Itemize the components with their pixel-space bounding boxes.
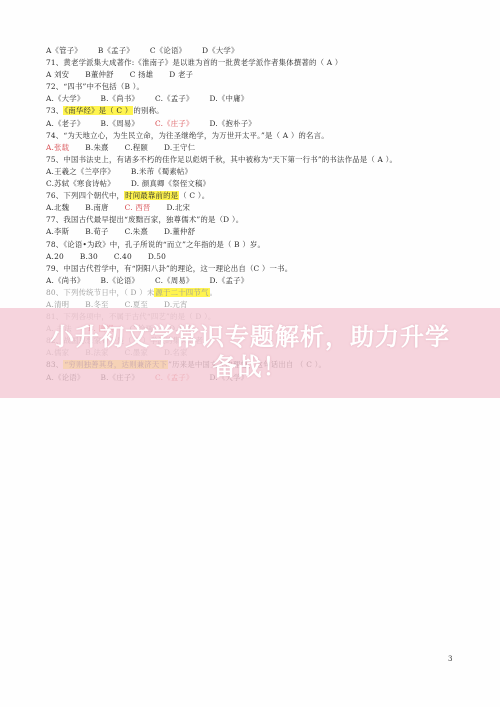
answer-option: A.《老子》 [46, 118, 84, 130]
highlighted-text: 时间最靠前的是 [124, 191, 179, 200]
answer-option: C.《周易》 [155, 275, 194, 287]
answer-option: C《论语》 [150, 45, 186, 57]
answer-options: A.20B.30C.40D.50 [46, 251, 466, 263]
answer-options: A.《老子》B.《周易》C.《庄子》D.《抱朴子》 [46, 118, 466, 130]
question-text: 71、黄老学派集大成著作:《淮南子》是以谁为首的一批黄老学派作者集体撰著的（ A… [46, 57, 466, 69]
question-text: 78、《论语•为政》中，孔子所说的“而立”之年指的是（ B ）岁。 [46, 239, 466, 251]
banner-title-line2: 备战！ [0, 352, 500, 382]
answer-option: C.40 [114, 251, 132, 263]
question-text: 75、中国书法史上，有诸多不朽的佳作足以彪炳千秋，其中被称为“天下第一行书”的书… [46, 154, 466, 166]
answer-option: D.《孟子》 [210, 275, 249, 287]
answer-options: A.李斯B.荀子C.朱熹D.董仲舒 [46, 226, 466, 238]
answer-option: D《大学》 [202, 45, 239, 57]
answer-option: B.《周易》 [100, 118, 139, 130]
answer-option: C. 西晋 [125, 202, 151, 214]
question-prefix: 80、下列传统节日中，（ D ）未 [46, 288, 154, 297]
answer-options: A《管子》B《孟子》C《论语》D《大学》 [46, 45, 466, 57]
question-text: 80、下列传统节日中，（ D ）未源于二十四节气。 [46, 287, 466, 299]
answer-option: D.《中庸》 [210, 93, 249, 105]
answer-option: C.朱熹 [125, 226, 148, 238]
question-suffix: 。 [210, 288, 218, 297]
page-number: 3 [448, 655, 452, 663]
answer-option: C.《孟子》 [155, 93, 194, 105]
answer-option: D.北宋 [167, 202, 191, 214]
question-text: 73、《南华经》是（ C ）的别称。 [46, 105, 466, 117]
highlighted-text: 《南华经》是（ C ） [63, 106, 133, 115]
answer-options: A.张载B.朱熹C.程颐D.王守仁 [46, 142, 466, 154]
answer-option: B.《尚书》 [100, 93, 139, 105]
answer-option: A.张载 [46, 142, 69, 154]
answer-option: B.米芾《蜀素帖》 [131, 166, 192, 178]
question-text: 76、下列四个朝代中，时间最靠前的是（ C ）。 [46, 190, 466, 202]
question-prefix: 73、 [46, 106, 63, 115]
question-suffix: 的别称。 [133, 106, 163, 115]
answer-option: A《管子》 [46, 45, 82, 57]
banner-title: 小升初文学常识专题解析，助力升学 备战！ [0, 322, 500, 382]
answer-option: A.《尚书》 [46, 275, 84, 287]
question-text: 77、我国古代最早提出“废黜百家，独尊儒术”的是（D ）。 [46, 214, 466, 226]
answer-option: B《孟子》 [98, 45, 134, 57]
answer-options: A.《大学》B.《尚书》C.《孟子》D.《中庸》 [46, 93, 466, 105]
answer-option: D.《抱朴子》 [210, 118, 256, 130]
question-text: 72、“四书”中不包括（B ）。 [46, 81, 466, 93]
answer-options: A.王羲之《兰亭序》B.米芾《蜀素帖》 [46, 166, 466, 178]
answer-option: A.《大学》 [46, 93, 84, 105]
answer-option: B.荀子 [85, 226, 108, 238]
answer-options: A.北魏B.南唐C. 西晋D.北宋 [46, 202, 466, 214]
answer-option: A.北魏 [46, 202, 69, 214]
answer-option: B.30 [80, 251, 98, 263]
answer-options: A 刘安B董仲舒C 扬雄D 老子 [46, 69, 466, 81]
answer-option: B.朱熹 [85, 142, 108, 154]
highlighted-text: 源于二十四节气 [154, 288, 209, 297]
answer-option: A.王羲之《兰亭序》 [46, 166, 115, 178]
banner-title-line1: 小升初文学常识专题解析，助力升学 [0, 322, 500, 352]
answer-option: D.董仲舒 [164, 226, 195, 238]
question-prefix: 76、下列四个朝代中， [46, 191, 124, 200]
question-text: 79、中国古代哲学中，有“阴阳八卦”的理论，这一理论出自（C ）一书。 [46, 263, 466, 275]
answer-option: B.《论语》 [100, 275, 139, 287]
answer-option: D.王守仁 [164, 142, 195, 154]
answer-option: D. 颜真卿《祭侄文稿》 [131, 178, 210, 190]
answer-option: C 扬雄 [130, 69, 154, 81]
answer-option: C.《庄子》 [155, 118, 194, 130]
answer-option: A.李斯 [46, 226, 69, 238]
question-text: 74、“为天地立心，为生民立命，为往圣继绝学，为万世开太平。”是（ A ）的名言… [46, 130, 466, 142]
answer-options: A.《尚书》B.《论语》C.《周易》D.《孟子》 [46, 275, 466, 287]
answer-option: D 老子 [169, 69, 193, 81]
answer-option: C.苏轼《寒食诗帖》 [46, 178, 115, 190]
answer-options: C.苏轼《寒食诗帖》D. 颜真卿《祭侄文稿》 [46, 178, 466, 190]
answer-option: B.南唐 [85, 202, 108, 214]
answer-option: A 刘安 [46, 69, 69, 81]
question-suffix: （ C ）。 [179, 191, 209, 200]
answer-option: D.50 [148, 251, 166, 263]
answer-option: C.程颐 [125, 142, 148, 154]
answer-option: A.20 [46, 251, 64, 263]
answer-option: B董仲舒 [85, 69, 113, 81]
